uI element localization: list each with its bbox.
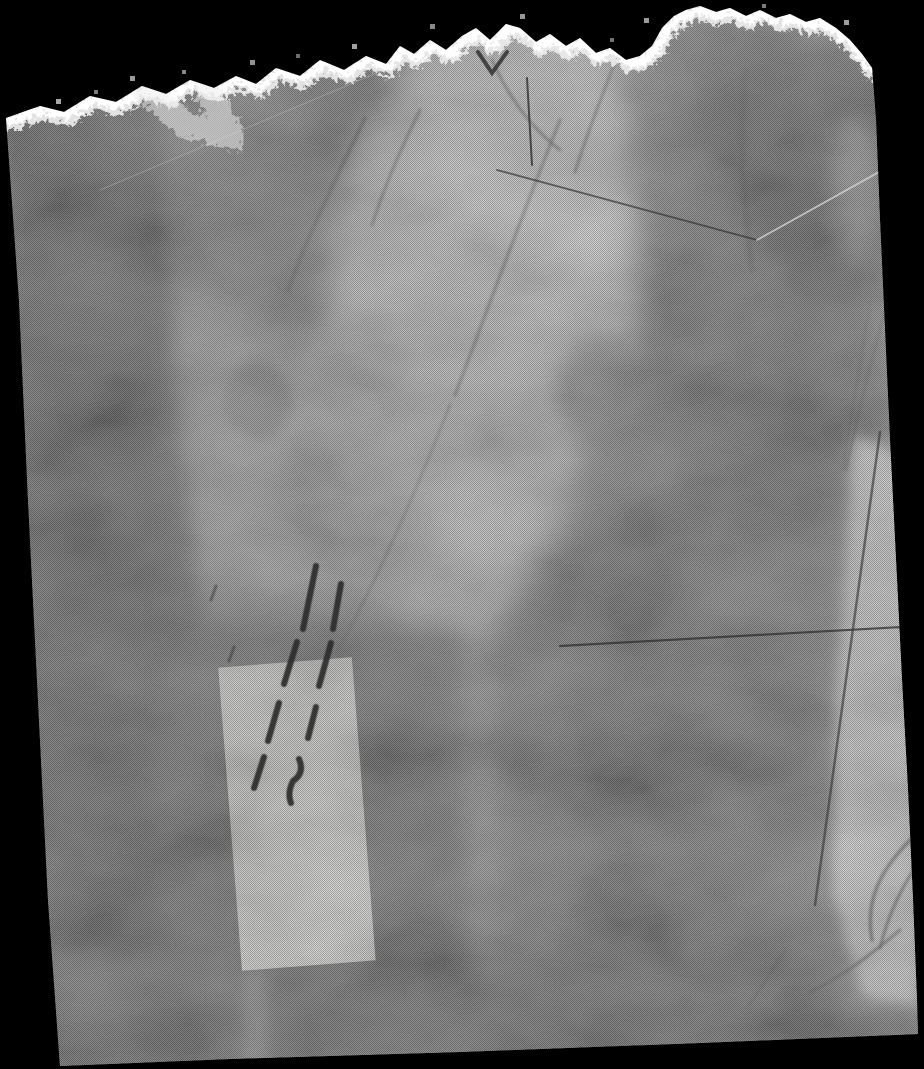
paper-speckle: [182, 70, 186, 74]
paper-speckle: [520, 14, 525, 19]
paper-speckle: [844, 20, 849, 25]
paper-speckle: [296, 54, 300, 58]
torn-photo-canvas: [0, 0, 924, 1069]
paper-speckle: [250, 60, 255, 65]
paper-speckle: [762, 4, 766, 8]
paper-speckle: [94, 90, 98, 94]
photo-scrap: [0, 0, 924, 1069]
paper-speckle: [56, 99, 61, 104]
paper-speckle: [130, 76, 135, 81]
paper-speckle: [352, 44, 357, 49]
photo-backdrop: [0, 0, 924, 1069]
film-grain-layer: [0, 0, 924, 1069]
paper-speckle: [610, 38, 614, 42]
paper-speckle: [430, 24, 435, 29]
paper-speckle: [644, 18, 649, 23]
